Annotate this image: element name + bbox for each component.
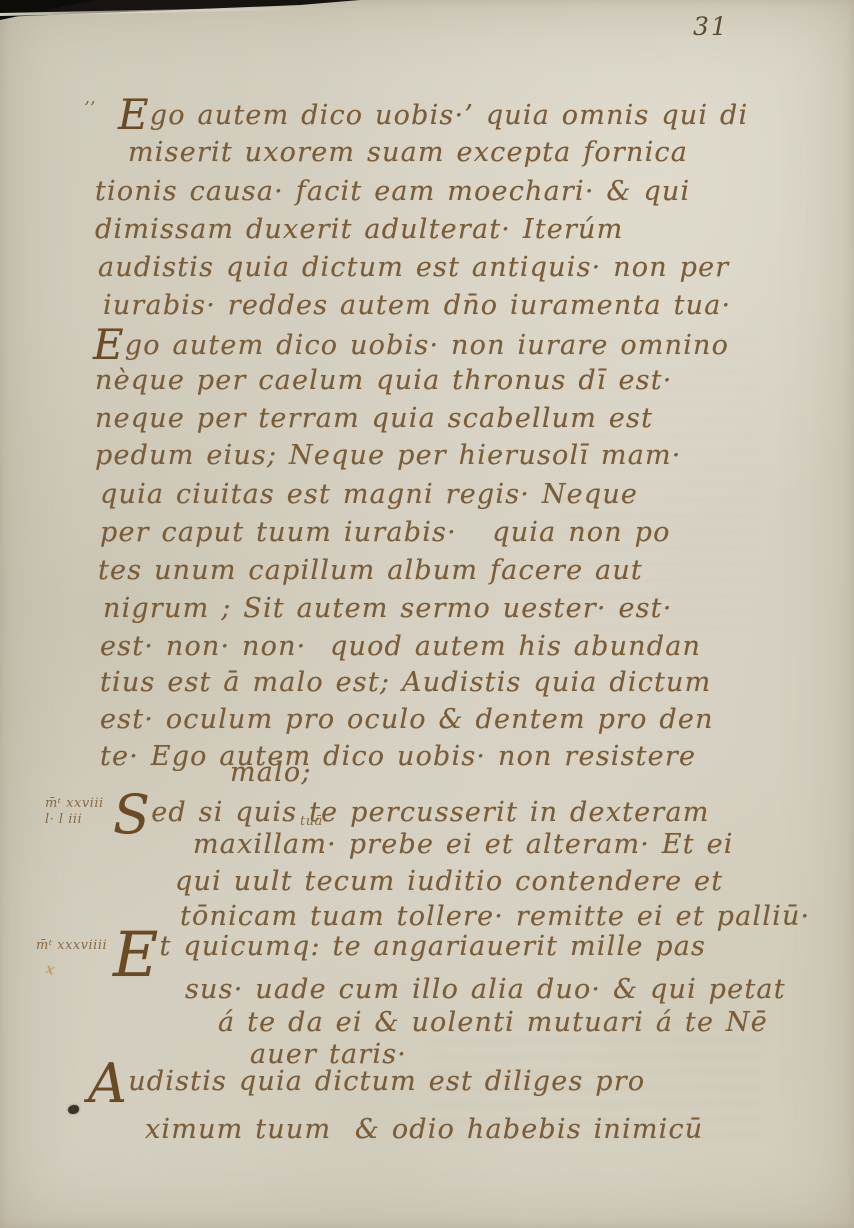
margin-note-section: m̄ᵗ xxviiil· l iii [45, 796, 104, 829]
text-line: pedum eius; Neque per hierusolī mam· [95, 441, 682, 471]
line-text: ed si quis te percusserit in dexteram [151, 797, 709, 828]
text-line: tionis causa· facit eam moechari· & qui [95, 177, 690, 207]
text-line: Audistis quia dictum est diliges pro [88, 1062, 645, 1105]
text-line: malo; [230, 758, 312, 788]
initial-letter: E [118, 98, 150, 131]
margin-quotation-mark: ’’ [84, 98, 95, 119]
text-line: est· non· non· quod autem his abundan [100, 632, 701, 662]
margin-gold-mark: x [44, 959, 56, 978]
text-line: te· Ego autem dico uobis· non resistere [100, 742, 696, 772]
text-line: qui uult tecum iuditio contendere et [175, 867, 723, 897]
text-line: per caput tuum iurabis· quia non po [100, 518, 671, 548]
manuscript-page: 31 ’’ Ego autem dico uobis·’ quia omnis … [0, 0, 854, 1228]
text-line: audistis quia dictum est antiquis· non p… [98, 253, 729, 283]
ink-blot [68, 1105, 79, 1114]
text-line: Ego autem dico uobis· non iurare omnino [93, 328, 729, 361]
text-line: Et quicumq: te angariauerit mille pas [113, 930, 706, 980]
line-text: tes unum capillum album facere aut [98, 555, 643, 586]
line-text: udistis quia dictum est diliges pro [128, 1066, 645, 1097]
initial-letter: E [113, 930, 160, 980]
initial-letter: S [113, 793, 151, 836]
margin-note-section: m̄ᵗ xxxviiii [36, 938, 107, 954]
text-line: iurabis· reddes autem dn̄o iuramenta tua… [103, 291, 731, 321]
line-text: iurabis· reddes autem dn̄o iuramenta tua… [103, 290, 731, 321]
line-text: tionis causa· facit eam moechari· & qui [95, 176, 690, 207]
folio-number: 31 [693, 12, 729, 41]
line-text: miserit uxorem suam excepta fornica [128, 137, 688, 168]
initial-letter: E [93, 328, 125, 361]
line-text: tōnicam tuam tollere· remitte ei et pall… [180, 901, 810, 932]
text-line: tes unum capillum album facere aut [98, 556, 643, 586]
line-text: est· oculum pro oculo & dentem pro den [100, 704, 714, 735]
interlinear-gloss: tuā· [300, 814, 327, 829]
line-text: te· Ego autem dico uobis· non resistere [100, 741, 696, 772]
line-text: quia ciuitas est magni regis· Neque [100, 479, 638, 510]
line-text: audistis quia dictum est antiquis· non p… [98, 252, 729, 283]
text-line: est· oculum pro oculo & dentem pro den [100, 705, 714, 735]
line-text: qui uult tecum iuditio contendere et [175, 866, 723, 897]
line-text: nigrum ; Sit autem sermo uester· est· [103, 593, 673, 624]
text-line: nèque per caelum quia thronus dī est· [95, 366, 673, 396]
text-line: á te da ei & uolenti mutuari á te Nē [218, 1008, 768, 1038]
text-line: nigrum ; Sit autem sermo uester· est· [103, 594, 673, 624]
line-text: per caput tuum iurabis· quia non po [100, 517, 671, 548]
text-line: tius est ā malo est; Audistis quia dictu… [100, 668, 711, 698]
text-line: tōnicam tuam tollere· remitte ei et pall… [180, 902, 810, 932]
line-text: pedum eius; Neque per hierusolī mam· [95, 440, 682, 471]
text-line: dimissam duxerit adulterat· Iterúm [95, 215, 623, 245]
line-text: tius est ā malo est; Audistis quia dictu… [100, 667, 711, 698]
text-line: miserit uxorem suam excepta fornica [128, 138, 688, 168]
text-line: sus· uade cum illo alia duo· & qui petat [185, 975, 786, 1005]
line-text: á te da ei & uolenti mutuari á te Nē [218, 1007, 768, 1038]
line-text: go autem dico uobis· non iurare omnino [125, 330, 729, 361]
line-text: t quicumq: te angariauerit mille pas [160, 931, 707, 962]
line-text: dimissam duxerit adulterat· Iterúm [95, 214, 623, 245]
line-text: est· non· non· quod autem his abundan [100, 631, 701, 662]
text-line: maxillam· prebe ei et alteram· Et ei [193, 830, 734, 860]
line-text: neque per terram quia scabellum est [95, 403, 653, 434]
text-line: Ego autem dico uobis·’ quia omnis qui di [118, 98, 748, 131]
line-text: malo; [230, 757, 312, 788]
text-line: quia ciuitas est magni regis· Neque [100, 480, 638, 510]
line-text: sus· uade cum illo alia duo· & qui petat [185, 974, 786, 1005]
line-text: maxillam· prebe ei et alteram· Et ei [193, 829, 734, 860]
line-text: ximum tuum & odio habebis inimicū [145, 1114, 703, 1145]
text-line: neque per terram quia scabellum est [95, 404, 653, 434]
initial-letter: A [88, 1062, 128, 1105]
text-line: ximum tuum & odio habebis inimicū [145, 1115, 703, 1145]
line-text: nèque per caelum quia thronus dī est· [95, 365, 673, 396]
line-text: go autem dico uobis·’ quia omnis qui di [150, 100, 749, 131]
